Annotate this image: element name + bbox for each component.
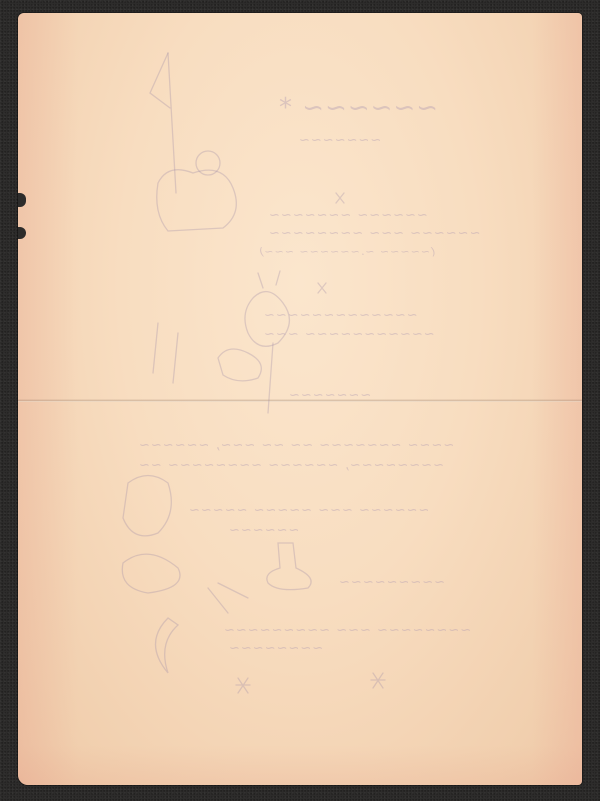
paper-sheet: ~~~~~~ * ~~~~~~~ ~~~~~~ ~~~~~~~ ~~~~~~ ~… xyxy=(18,13,582,785)
bleed-sketches xyxy=(18,13,582,785)
